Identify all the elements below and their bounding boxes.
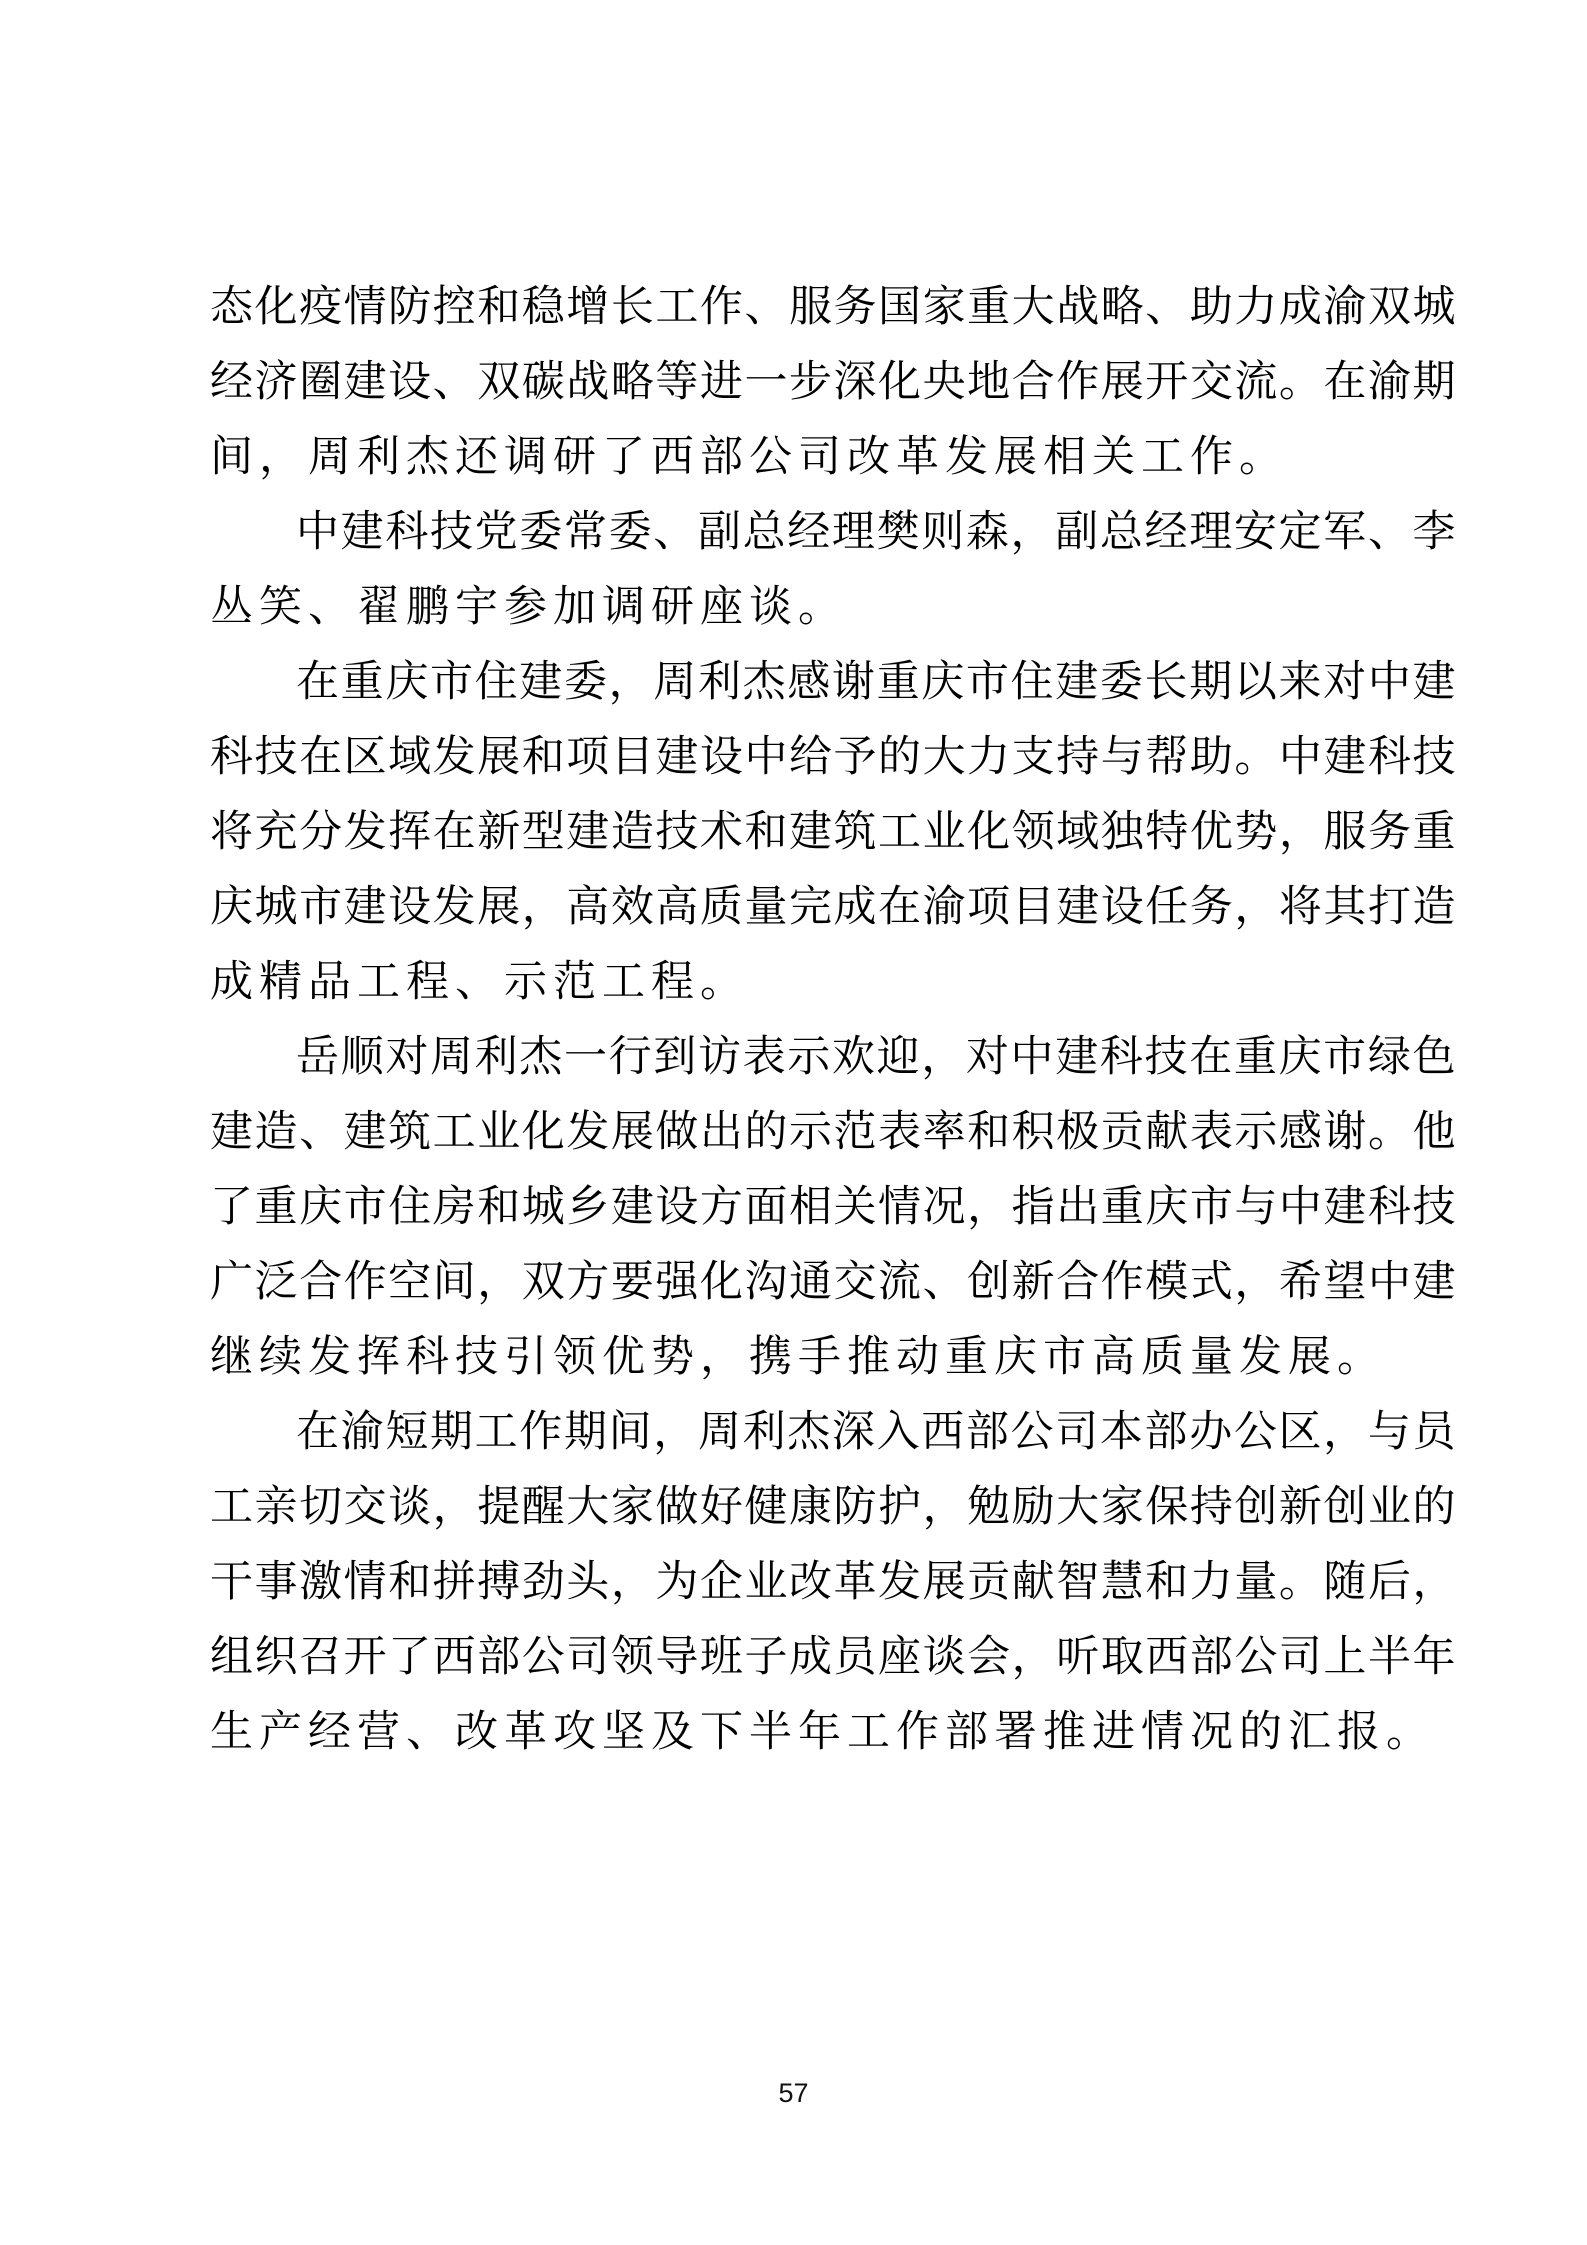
text-line: 建造、建筑工业化发展做出的示范表率和积极贡献表示感谢。他介绍 bbox=[210, 1095, 1456, 1170]
text-line: 工亲切交谈，提醒大家做好健康防护，勉励大家保持创新创业的 bbox=[210, 1470, 1456, 1545]
text-line: 庆城市建设发展，高效高质量完成在渝项目建设任务，将其打造 bbox=[210, 870, 1456, 945]
text-line: 成精品工程、示范工程。 bbox=[210, 945, 1456, 1020]
text-line: 在渝短期工作期间，周利杰深入西部公司本部办公区，与员 bbox=[210, 1395, 1456, 1470]
text-line: 态化疫情防控和稳增长工作、服务国家重大战略、助力成渝双城 bbox=[210, 270, 1456, 345]
text-line: 中建科技党委常委、副总经理樊则森，副总经理安定军、李 bbox=[210, 495, 1456, 570]
text-line: 经济圈建设、双碳战略等进一步深化央地合作展开交流。在渝期 bbox=[210, 345, 1456, 420]
document-page: 态化疫情防控和稳增长工作、服务国家重大战略、助力成渝双城经济圈建设、双碳战略等进… bbox=[0, 0, 1587, 2245]
text-line: 科技在区域发展和项目建设中给予的大力支持与帮助。中建科技 bbox=[210, 720, 1456, 795]
page-footer: 57 bbox=[0, 2078, 1587, 2109]
text-line: 在重庆市住建委，周利杰感谢重庆市住建委长期以来对中建 bbox=[210, 645, 1456, 720]
text-line: 组织召开了西部公司领导班子成员座谈会，听取西部公司上半年 bbox=[210, 1620, 1456, 1695]
document-body: 态化疫情防控和稳增长工作、服务国家重大战略、助力成渝双城经济圈建设、双碳战略等进… bbox=[210, 270, 1456, 1770]
text-line: 了重庆市住房和城乡建设方面相关情况，指出重庆市与中建科技拥有 bbox=[210, 1170, 1456, 1245]
text-line: 生产经营、改革攻坚及下半年工作部署推进情况的汇报。 bbox=[210, 1695, 1456, 1770]
text-line: 干事激情和拼搏劲头，为企业改革发展贡献智慧和力量。随后， bbox=[210, 1545, 1456, 1620]
text-line: 广泛合作空间，双方要强化沟通交流、创新合作模式，希望中建科技 bbox=[210, 1245, 1456, 1320]
text-line: 岳顺对周利杰一行到访表示欢迎，对中建科技在重庆市绿色智慧 bbox=[210, 1020, 1456, 1095]
text-line: 丛笑、翟鹏宇参加调研座谈。 bbox=[210, 570, 1456, 645]
text-line: 继续发挥科技引领优势，携手推动重庆市高质量发展。 bbox=[210, 1320, 1456, 1395]
page-number: 57 bbox=[778, 2078, 808, 2108]
text-line: 间，周利杰还调研了西部公司改革发展相关工作。 bbox=[210, 420, 1456, 495]
text-line: 将充分发挥在新型建造技术和建筑工业化领域独特优势，服务重 bbox=[210, 795, 1456, 870]
